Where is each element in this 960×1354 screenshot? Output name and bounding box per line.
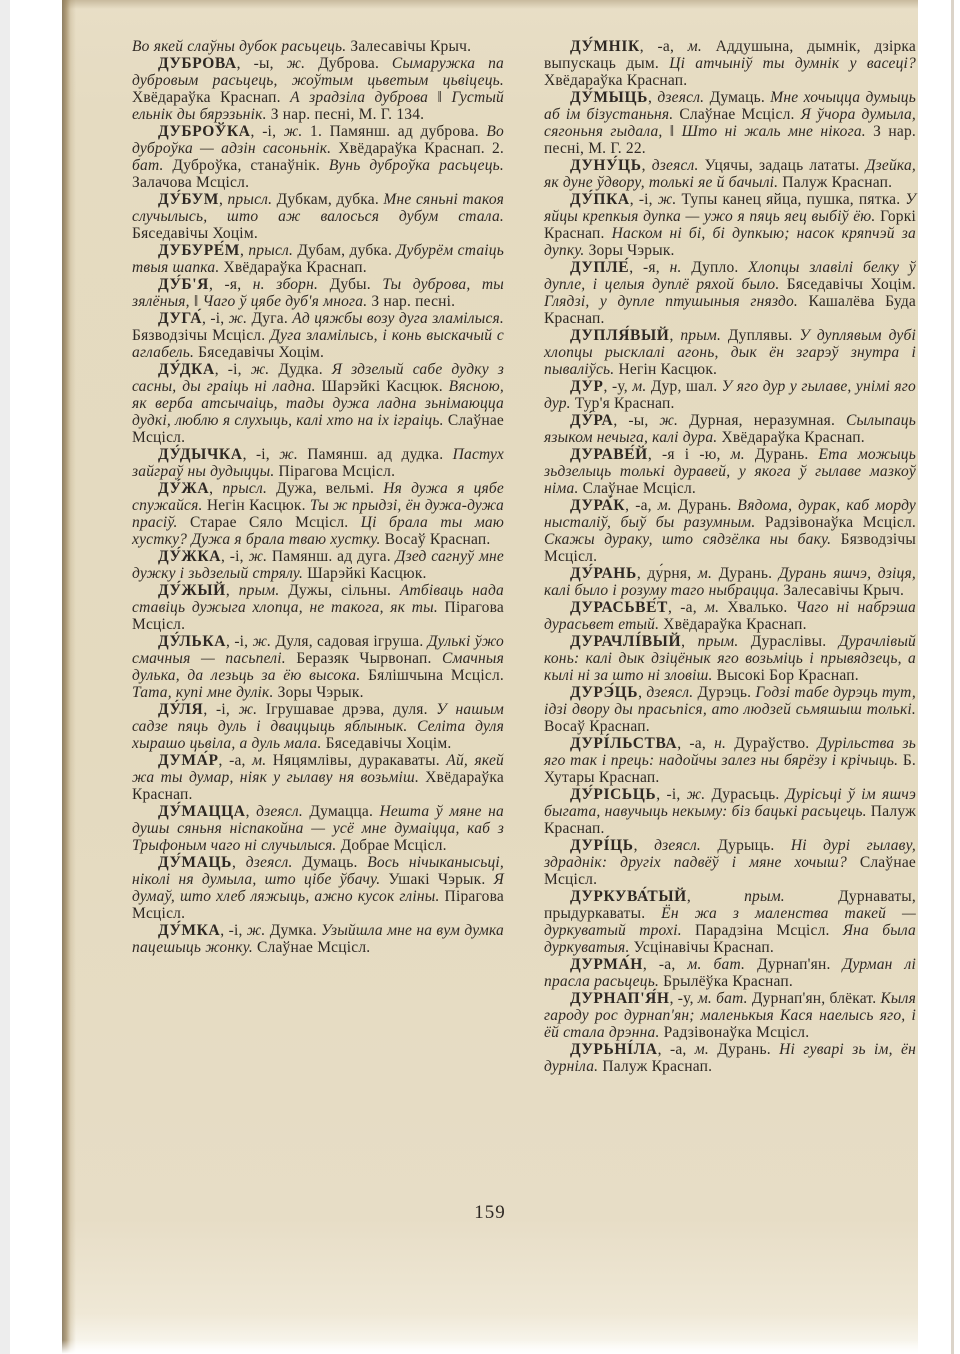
entry-italic-text: м. [252,752,266,769]
entry-headword: ДУ́ЖКА [158,548,221,565]
entry-headword: ДУ́ЖА [158,480,209,497]
dictionary-entry: ДУ́ЖА, прысл. Дужа, вельмі. Ня дужа я ця… [132,480,504,548]
entry-regular-text: Залачова Мсцісл. [132,174,249,191]
entry-italic-text: прысл. [248,242,293,259]
entry-italic-text: ж. [252,633,271,650]
entry-regular-text: Няцямлівы, дуракаваты. [266,752,446,769]
entry-regular-text: Думка. [265,922,321,939]
entry-regular-text: Старае Сяло Мсцісл. [190,514,361,531]
entry-regular-text: Дураўство. [726,735,817,752]
dictionary-entry: ДУРА́К, -а, м. Дурань. Вядома, дурак, ка… [544,497,916,565]
entry-italic-text: ж. [279,446,298,463]
entry-regular-text: , -у, [670,990,698,1007]
entry-regular-text: Дурань. [709,1041,779,1058]
entry-regular-text: Высокі Бор Краснап. [717,667,859,684]
dictionary-entry: ДУ́ЛЬКА, -і, ж. Дуля, садовая ігруша. Ду… [132,633,504,701]
entry-regular-text: , -і, [243,446,280,463]
entry-headword: ДУРЬНІ́ЛА [570,1041,658,1058]
entry-headword: ДУРНАП'Я́Н [570,990,670,1007]
entry-regular-text: , -а, [643,956,688,973]
left-column: Во якей слаўны дубок расьцець. Залесавіч… [132,38,504,1075]
entry-regular-text: , -а, [625,497,658,514]
entry-regular-text: Беразяк Чырвонап. [296,650,442,667]
entry-regular-text: , -я і -ю, [648,446,731,463]
entry-regular-text: , [687,888,744,905]
dictionary-entry: ДУГА́, -і, ж. Дуга. Ад цяжбы возу дуга з… [132,310,504,361]
entry-italic-text: ж. [284,123,303,140]
entry-regular-text: Дужы, сільны. [279,582,399,599]
entry-regular-text: Негін Касцюк. [618,361,717,378]
entry-regular-text: Дуброўка, станаўнік. [164,157,329,174]
dictionary-entry: ДУБРОЎКА, -і, ж. 1. Памянш. ад дуброва. … [132,123,504,191]
entry-italic-text: ж. [658,191,677,208]
entry-headword: ДУ́МЫЦЬ [570,89,648,106]
entry-regular-text: Хвёдараўка Краснап. [132,89,290,106]
dictionary-entry: ДУ́РАНЬ, ду́рня, м. Дурань. Дурань яшчэ,… [544,565,916,599]
entry-italic-text: прым. [698,633,739,650]
entry-regular-text: , [642,157,652,174]
entry-italic-text: прысл. [227,191,272,208]
entry-italic-text: прым. [680,327,721,344]
entry-regular-text: , [634,837,654,854]
entry-regular-text: Зоры Чэрык. [278,684,364,701]
entry-regular-text: Хвёдараўка Краснап. [721,429,864,446]
entry-headword: ДУ́ДКА [158,361,215,378]
entry-headword: ДУ́ДЫЧКА [158,446,243,463]
entry-italic-text: ж. [251,361,270,378]
entry-regular-text: Слаўнае Мсцісл. [679,106,800,123]
dictionary-entry: ДУБРОВА, -ы, ж. Дуброва. Сымаружка па ду… [132,55,504,123]
entry-regular-text: , [669,327,680,344]
dictionary-entry: ДУПЛЯ́ВЫЙ, прым. Дуплявы. У дуплявым дуб… [544,327,916,378]
entry-regular-text: Бялішчына Мсцісл. [368,667,504,684]
entry-regular-text: , -і, [226,633,252,650]
entry-regular-text: Дубам, дубка. [293,242,396,259]
dictionary-entry: ДУ́РІСЬЦЬ, -і, ж. Дурасьць. Дурісьці ў і… [544,786,916,837]
entry-headword: ДУБУРЕ́М [158,242,240,259]
entry-headword: ДУРАВЕ́Й [570,446,648,463]
entry-regular-text: , -а, [219,752,253,769]
entry-regular-text: Дур, шал. [646,378,721,395]
entry-italic-text: ж. [239,701,258,718]
entry-regular-text: Дурнап'ян. [745,956,842,973]
dictionary-columns: Во якей слаўны дубок расьцець. Залесавіч… [132,38,916,1075]
dictionary-entry: ДУПЛЕ́, -я, н. Дупло. Хлопцы злавілі бел… [544,259,916,327]
entry-italic-text: Во якей слаўны дубок расьцець. [132,38,350,55]
entry-regular-text: Шарэйкі Касцюк. [307,565,427,582]
entry-regular-text: Дуброва. [305,55,392,72]
entry-regular-text: Бяседавічы Хоцім. [132,225,258,242]
entry-regular-text: Памянш. ад дудка. [298,446,453,463]
dictionary-entry: ДУ́МАЦЬ, дзеясл. Думаць. Вось нічыканысь… [132,854,504,922]
dictionary-entry: ДУРАСЬВЕ́Т, -а, м. Хвалько. Чаго ні набр… [544,599,916,633]
entry-continuation: Во якей слаўны дубок расьцець. Залесавіч… [132,38,504,55]
dictionary-entry: ДУ́ЖЫЙ, прым. Дужы, сільны. Атбіваць над… [132,582,504,633]
entry-regular-text: Радзівонаўка Мсцісл. [664,1024,810,1041]
dictionary-entry: ДУ́БУМ, прысл. Дубкам, дубка. Мне сяньні… [132,191,504,242]
entry-regular-text: , [648,89,657,106]
entry-regular-text: Слаўнае Мсцісл. [257,939,370,956]
entry-regular-text: Залесавічы Крыч. [350,38,471,55]
entry-regular-text: , -а, [640,38,688,55]
entry-italic-text: ж. [229,310,248,327]
entry-regular-text: , -і, [220,922,246,939]
dictionary-entry: ДУРМА́Н, -а, м. бат. Дурнап'ян. Дурман л… [544,956,916,990]
entry-regular-text: , [232,854,246,871]
entry-italic-text: Глядзі, у дупле птушыныя гняздо. [544,293,808,310]
entry-regular-text: Дурэць. [693,684,755,701]
entry-regular-text: Бяседавічы Хоцім. [326,735,452,752]
entry-regular-text: , -і, [656,786,686,803]
entry-regular-text: З нар. песні. [371,293,455,310]
dictionary-entry: ДУ́МКА, -і, ж. Думка. Узыйшла мне на вум… [132,922,504,956]
entry-regular-text: Памянш. ад дуга. [267,548,395,565]
entry-headword: ДУПЛЕ́ [570,259,629,276]
entry-regular-text: Думаць. [293,854,368,871]
dictionary-entry: ДУРАВЕ́Й, -я і -ю, м. Дурань. Ета можыць… [544,446,916,497]
entry-regular-text: Ігрушавае дрэва, дуля. [257,701,436,718]
entry-regular-text: Зоры Чэрык. [589,242,675,259]
entry-regular-text: Уцячы, задаць лататы. [699,157,866,174]
dictionary-entry: ДУ́РА, -ы, ж. Дурная, неразумная. Сылыпа… [544,412,916,446]
entry-headword: ДУРЭ́ЦЬ [570,684,638,701]
entry-italic-text: дзеясл. [256,803,303,820]
dictionary-entry: ДУ́ЛЯ, -і, ж. Ігрушавае дрэва, дуля. У н… [132,701,504,752]
entry-regular-text: Хвёдараўка Краснап. [223,259,366,276]
entry-italic-text: Тата, купі мне дулік. [132,684,278,701]
dictionary-entry: ДУРІ́ЦЬ, дзеясл. Дурыць. Ні дурі гылаву,… [544,837,916,888]
entry-regular-text: Дурыць. [701,837,791,854]
entry-regular-text: , -і, [203,701,238,718]
entry-regular-text: Ушакі Чэрык. [389,871,494,888]
entry-regular-text: Думацца. [303,803,379,820]
entry-headword: ДУРІ́ЛЬСТВА [570,735,677,752]
entry-regular-text: Тупы канец яйца, пушка, пятка. [676,191,905,208]
scan-margin-left [0,0,10,1354]
entry-regular-text: , ду́рня, [637,565,698,582]
entry-headword: ДУ́МАЦЦА [158,803,246,820]
entry-regular-text: Дубы. [318,276,382,293]
entry-headword: ДУ́ЛЯ [158,701,203,718]
entry-headword: ДУПЛЯ́ВЫЙ [570,327,669,344]
entry-italic-text: м. бат. [687,956,745,973]
entry-headword: ДУ́МАЦЬ [158,854,232,871]
entry-regular-text: , -у, [604,378,633,395]
entry-regular-text: , -я, [209,276,253,293]
scan-artifact-line-right [951,0,954,1354]
entry-regular-text: Негін Касцюк. [207,497,310,514]
entry-regular-text: , [681,633,698,650]
entry-regular-text: , -і, [215,361,251,378]
dictionary-entry: ДУБУРЕ́М, прысл. Дубам, дубка. Дубурём с… [132,242,504,276]
entry-regular-text: , -і, [251,123,284,140]
entry-regular-text: Дудка. [269,361,331,378]
dictionary-entry: ДУМА́Р, -а, м. Няцямлівы, дуракаваты. Ай… [132,752,504,803]
book-page-scan: Во якей слаўны дубок расьцець. Залесавіч… [62,0,918,1354]
entry-regular-text: Дурная, неразумная. [678,412,846,429]
entry-regular-text: Шарэйкі Касцюк. [322,378,449,395]
entry-headword: ДУ́РАНЬ [570,565,637,582]
entry-italic-text: прым. [744,888,785,905]
dictionary-entry: ДУ́ПКА, -і, ж. Тупы канец яйца, пушка, п… [544,191,916,259]
entry-regular-text: Пірагова Мсцісл. [278,463,395,480]
entry-italic-text: дзеясл. [652,157,699,174]
entry-italic-text: ж. [687,786,706,803]
entry-regular-text: , [246,803,257,820]
dictionary-entry: ДУ́ЖКА, -і, ж. Памянш. ад дуга. Дзед саг… [132,548,504,582]
entry-headword: ДУРАСЬВЕ́Т [570,599,668,616]
entry-regular-text: Восаў Краснап. [385,531,491,548]
entry-regular-text: , -ы, [237,55,287,72]
entry-regular-text: З нар. песні, М. Г. 134. [271,106,425,123]
entry-regular-text: Бязводзічы Мсцісл. [132,327,270,344]
dictionary-entry: ДУ́ДКА, -і, ж. Дудка. Я здзелый сабе дуд… [132,361,504,446]
entry-italic-text: Ці атчыніў ты думнік у васеці? [669,55,916,72]
entry-italic-text: м. [705,599,719,616]
entry-headword: ДУ́БУМ [158,191,219,208]
page-number: 159 [474,1202,506,1224]
dictionary-entry: ДУ́МНІК, -а, м. Аддушына, дымнік, дзірка… [544,38,916,89]
dictionary-entry: ДУРІ́ЛЬСТВА, -а, н. Дураўство. Дурільств… [544,735,916,786]
entry-regular-text: Дуга. [247,310,292,327]
dictionary-entry: ДУНУ́ЦЬ, дзеясл. Уцячы, задаць лататы. Д… [544,157,916,191]
entry-regular-text: Дуплявы. [721,327,799,344]
entry-headword: ДУ́МНІК [570,38,640,55]
dictionary-entry: ДУРАЧЛІ́ВЫЙ, прым. Дураслівы. Дурачлівый… [544,633,916,684]
entry-headword: ДУНУ́ЦЬ [570,157,642,174]
entry-italic-text: н. зборн. [253,276,318,293]
entry-headword: ДУ́ЛЬКА [158,633,226,650]
entry-italic-text: ж. [287,55,306,72]
entry-headword: ДУБРОВА [158,55,237,72]
entry-headword: ДУ́РІСЬЦЬ [570,786,656,803]
entry-headword: ДУР [570,378,604,395]
entry-italic-text: Ад цяжбы возу дуга зламілыся. [292,310,504,327]
right-column: ДУ́МНІК, -а, м. Аддушына, дымнік, дзірка… [544,38,916,1075]
entry-regular-text: Парадзіна Мсцісл. [695,922,843,939]
entry-regular-text: Радзівонаўка Мсцісл. [765,514,916,531]
entry-italic-text: Вунь дуброўка расьцець. [329,157,504,174]
entry-regular-text: Дурнап'ян, блёкат. [748,990,881,1007]
entry-regular-text: Хвалько. [719,599,796,616]
entry-headword: ДУРІ́ЦЬ [570,837,634,854]
dictionary-entry: ДУР, -у, м. Дур, шал. У яго дур у гылаве… [544,378,916,412]
entry-italic-text: дзеясл. [657,89,704,106]
entry-italic-text: дзеясл. [246,854,293,871]
entry-regular-text: Усцінавічы Краснап. [634,939,774,956]
entry-italic-text: н. [670,259,682,276]
entry-regular-text: Дурань. [712,565,779,582]
entry-regular-text: Слаўнае Мсцісл. [583,480,696,497]
entry-italic-text: м. [731,446,745,463]
entry-italic-text: прысл. [222,480,267,497]
entry-regular-text: Думаць. [704,89,770,106]
entry-italic-text: м. [658,497,672,514]
entry-italic-text: бат. [132,157,164,174]
entry-regular-text: , -а, [677,735,714,752]
entry-italic-text: прым. [239,582,280,599]
entry-regular-text: Дурань. [672,497,738,514]
entry-italic-text: ж. [247,922,266,939]
entry-regular-text: Дужа, вельмі. [267,480,383,497]
entry-regular-text: Хвёдараўка Краснап. [544,72,687,89]
entry-headword: ДУ́Б'Я [158,276,209,293]
dictionary-entry: ДУ́МАЦЦА, дзеясл. Думацца. Нешта ў мяне … [132,803,504,854]
dictionary-entry: ДУ́МЫЦЬ, дзеясл. Думаць. Мне хочыцца дум… [544,89,916,157]
entry-regular-text: Бяседавічы Хоцім. [787,276,916,293]
entry-headword: ДУРАЧЛІ́ВЫЙ [570,633,681,650]
entry-headword: ДУБРОЎКА [158,123,251,140]
dictionary-entry: ДУРНАП'Я́Н, -у, м. бат. Дурнап'ян, блёка… [544,990,916,1041]
entry-headword: ДУГА́ [158,310,202,327]
entry-regular-text: Дуля, садовая ігруша. [271,633,427,650]
entry-italic-text: дзеясл. [654,837,701,854]
dictionary-entry: ДУ́Б'Я, -я, н. зборн. Дубы. Ты дуброва, … [132,276,504,310]
entry-regular-text: Дурасьць. [705,786,785,803]
entry-headword: ДУРМА́Н [570,956,643,973]
entry-headword: ДУ́МКА [158,922,220,939]
entry-regular-text: , -і, [630,191,658,208]
entry-italic-text: м. [632,378,646,395]
entry-regular-text: Палуж Краснап. [782,174,892,191]
entry-regular-text: , -я, [629,259,669,276]
entry-regular-text: , [226,582,239,599]
page-edge-shadow-left [62,0,76,1354]
entry-italic-text: Скажы дураку, што сядзёлка ны баку. [544,531,841,548]
entry-regular-text: , -ы, [613,412,659,429]
entry-headword: ДУ́ПКА [570,191,630,208]
entry-regular-text: Палуж Краснап. [602,1058,712,1075]
dictionary-entry: ДУРКУВА́ТЫЙ, прым. Дурнаваты, прыдуркава… [544,888,916,956]
entry-italic-text: н. [714,735,726,752]
entry-headword: ДУ́РА [570,412,613,429]
entry-regular-text: Тур'я Краснап. [575,395,675,412]
entry-regular-text: Дураслівы. [738,633,838,650]
dictionary-entry: ДУРЬНІ́ЛА, -а, м. Дурань. Ні гуварі зь і… [544,1041,916,1075]
entry-regular-text: Брылёўка Краснап. [663,973,793,990]
entry-headword: ДУРА́К [570,497,625,514]
entry-regular-text: Бяседавічы Хоцім. [198,344,324,361]
entry-regular-text: , -і, [202,310,229,327]
entry-regular-text: Хвёдараўка Краснап. 2. [338,140,504,157]
entry-regular-text: 1. Памянш. ад дуброва. [302,123,486,140]
entry-regular-text: Восаў Краснап. [544,718,650,735]
entry-regular-text: Дупло. [682,259,749,276]
entry-headword: ДУРКУВА́ТЫЙ [570,888,687,905]
page-edge-fade-bottom [62,1340,918,1354]
entry-italic-text: м. [695,1041,709,1058]
dictionary-entry: ДУРЭ́ЦЬ, дзеясл. Дурэць. Годзі табе дурэ… [544,684,916,735]
entry-regular-text: Дубкам, дубка. [272,191,383,208]
entry-headword: ДУ́ЖЫЙ [158,582,226,599]
entry-regular-text: Хвёдараўка Краснап. [663,616,806,633]
page-edge-shadow-top [62,0,918,9]
entry-regular-text: Дурань. [745,446,819,463]
entry-italic-text: ж. [248,548,267,565]
entry-italic-text: м. [698,565,712,582]
entry-headword: ДУМА́Р [158,752,219,769]
entry-regular-text: , -а, [658,1041,695,1058]
entry-regular-text: Залесавічы Крыч. [783,582,904,599]
entry-regular-text: Добрае Мсцісл. [341,837,447,854]
entry-italic-text: м. бат. [698,990,748,1007]
dictionary-entry: ДУ́ДЫЧКА, -і, ж. Памянш. ад дудка. Пасту… [132,446,504,480]
entry-regular-text: , -а, [668,599,705,616]
entry-italic-text: м. [688,38,702,55]
entry-regular-text: , [209,480,222,497]
entry-italic-text: дзеясл. [646,684,693,701]
entry-regular-text: , -і, [221,548,248,565]
entry-italic-text: ж. [659,412,678,429]
